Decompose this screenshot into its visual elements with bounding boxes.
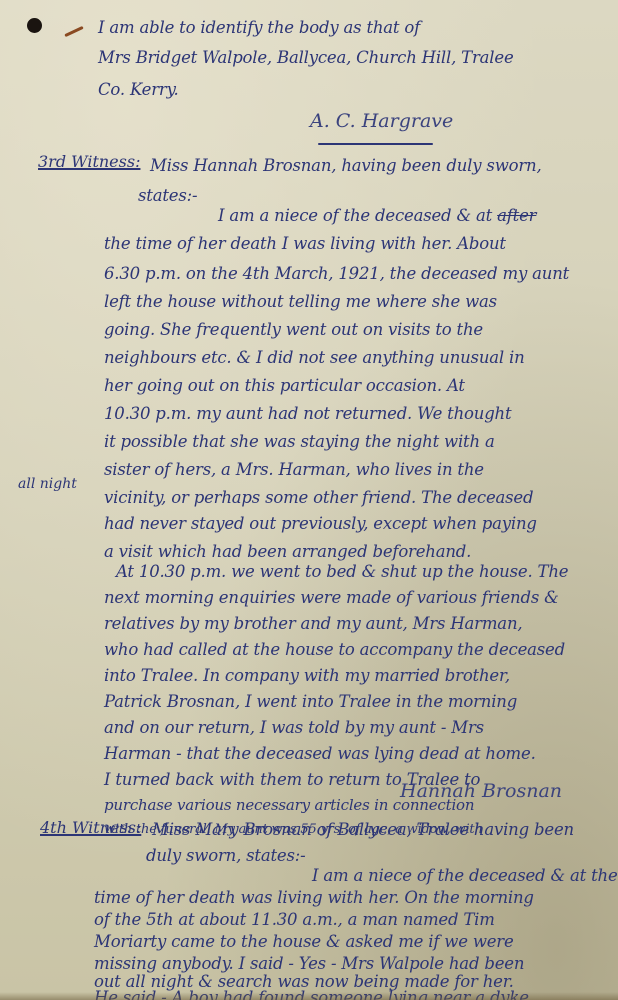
witness-3-line: it possible that she was staying the nig… <box>104 432 495 451</box>
witness-3-line: going. She frequently went out on visits… <box>104 320 483 339</box>
witness-3-line: states:- <box>138 186 197 205</box>
witness-3-line: neighbours etc. & I did not see anything… <box>104 348 525 367</box>
signature-hargrave: A. C. Hargrave <box>310 110 453 132</box>
witness-4-line: Miss Mary Brosnan of Ballycea, Tralee ha… <box>152 820 574 839</box>
struck-text: after <box>497 206 536 225</box>
punch-hole <box>27 18 42 33</box>
witness-3-line: Harman - that the deceased was lying dea… <box>104 744 536 763</box>
opening-line: I am able to identify the body as that o… <box>98 18 420 37</box>
witness-3-line: into Tralee. In company with my married … <box>104 666 510 685</box>
witness-3-line: had never stayed out previously, except … <box>104 514 537 533</box>
witness-3-line: and on our return, I was told by my aunt… <box>104 718 484 737</box>
opening-line: Co. Kerry. <box>98 80 179 99</box>
margin-note-all-night: all night <box>18 476 77 492</box>
witness-4-line: He said - A boy had found someone lying … <box>94 988 529 1000</box>
opening-line: Mrs Bridget Walpole, Ballycea, Church Hi… <box>98 48 514 67</box>
witness-3-line: relatives by my brother and my aunt, Mrs… <box>104 614 522 633</box>
witness-3-line: the time of her death I was living with … <box>104 234 506 253</box>
witness-3-line: her going out on this particular occasio… <box>104 376 465 395</box>
witness-3-line: vicinity, or perhaps some other friend. … <box>104 488 533 507</box>
witness-3-line: At 10.30 p.m. we went to bed & shut up t… <box>116 562 568 581</box>
witness-3-line: who had called at the house to accompany… <box>104 640 565 659</box>
witness-4-line: Moriarty came to the house & asked me if… <box>94 932 514 951</box>
niece-statement: I am a niece of the deceased & at <box>218 206 492 225</box>
document-page: I am able to identify the body as that o… <box>0 0 618 1000</box>
witness-4-line: time of her death was living with her. O… <box>94 888 534 907</box>
witness-4-label: 4th Witness: <box>40 818 141 837</box>
witness-3-line: Miss Hannah Brosnan, having been duly sw… <box>150 156 542 175</box>
red-tick-mark <box>64 26 83 37</box>
witness-3-line: I am a niece of the deceased & at after <box>218 206 536 225</box>
witness-4-line: I am a niece of the deceased & at the <box>312 866 618 885</box>
witness-3-line: left the house without telling me where … <box>104 292 497 311</box>
witness-4-line: duly sworn, states:- <box>146 846 306 865</box>
witness-3-line: a visit which had been arranged beforeha… <box>104 542 471 561</box>
signature-underline <box>318 143 433 145</box>
witness-4-line: of the 5th at about 11.30 a.m., a man na… <box>94 910 495 929</box>
witness-3-line: Patrick Brosnan, I went into Tralee in t… <box>104 692 517 711</box>
witness-3-line: sister of hers, a Mrs. Harman, who lives… <box>104 460 484 479</box>
witness-3-line: next morning enquiries were made of vari… <box>104 588 559 607</box>
signature-hannah-brosnan: Hannah Brosnan <box>400 780 562 802</box>
witness-3-label: 3rd Witness: <box>38 152 140 171</box>
witness-3-line: 6.30 p.m. on the 4th March, 1921, the de… <box>104 264 569 283</box>
witness-3-line: 10.30 p.m. my aunt had not returned. We … <box>104 404 511 423</box>
witness-4-line: missing anybody. I said - Yes - Mrs Walp… <box>94 954 524 973</box>
